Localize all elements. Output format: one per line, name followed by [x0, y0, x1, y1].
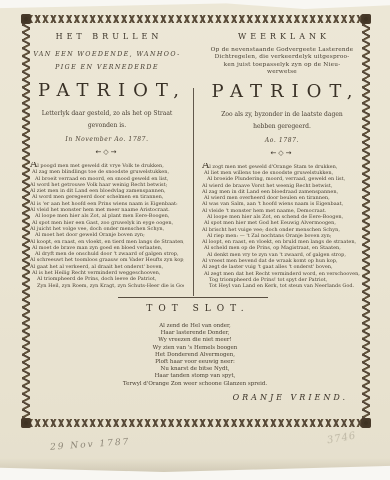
pamphlet-scan: HET BRULLEN VAN EEN WOEDENDE, WANHOO-PIG… — [0, 2, 390, 472]
poem-line: Het Donderend Alvermogen, — [0, 352, 390, 359]
subtitle-line: Dichtregelen, die verkeerdelyk uitgespro… — [202, 54, 362, 61]
poem-line: Terwyl d'Orange Zon weer schoone Glanzen… — [0, 381, 390, 388]
arrow-diamond-ornament-icon: ←◇→ — [202, 149, 362, 157]
left-column-subtitle: VAN EEN WOEDENDE, WANHOO-PIGE EN VERNEDE… — [30, 48, 184, 74]
left-column-date: In November Ao. 1787. — [30, 136, 184, 143]
left-patriot-word: PATRIOT, — [30, 80, 184, 101]
border-top — [29, 15, 363, 23]
subtitle-line: VAN EEN WOEDENDE, WANHOO- — [30, 48, 184, 61]
poem-line: Al zogt men met geweld d'Orange Stam te … — [202, 163, 362, 170]
column-divider-rule — [193, 88, 194, 296]
border-corner-icon — [21, 14, 31, 24]
poem-line: Zyn Heil, zyn Roem, zyn Kragt, zyn Schut… — [30, 283, 184, 289]
arrow-diamond-ornament-icon: ←◇→ — [30, 148, 184, 156]
subtitle-line: ken juist toepasselyk zyn op de Nieu- — [202, 62, 362, 69]
right-poem: Al zogt men met geweld d'Orange Stam te … — [202, 163, 362, 290]
poem-line: Al loope men hier als Zot, al plant men … — [30, 213, 184, 219]
poem-line: Al brischt het vuige vee; doch onder men… — [202, 227, 362, 233]
right-column-subtitle: Op de nevenstaande Godvergeete Lasterend… — [202, 47, 362, 77]
poem-line: Ploft haar voor eeuwig neer: — [0, 359, 390, 366]
poem-line: Al was van Salm, aan 't hoofd wiens naam… — [202, 201, 362, 207]
closing-section-rule — [118, 297, 268, 298]
poem-line: Al koopt, en raast, en vloekt, en tierd … — [30, 239, 184, 245]
poem-line: Al schreeuwt het toomloos graauw om Vade… — [30, 257, 184, 263]
poem-line: Al zag men blindlings toe de snoodste gr… — [30, 169, 184, 175]
poem-line: Al poogd men met geweld dit vrye Volk te… — [30, 162, 184, 169]
paper-bottom-shade — [0, 458, 390, 472]
right-patriot-word: PATRIOT, — [202, 81, 362, 102]
tagline-line: Zoo als zy, byzonder in de laatste dagen — [202, 109, 362, 121]
closing-poem: Al zend de Hel van onder,Haar lasterende… — [0, 323, 390, 388]
left-column-tagline: Letterlyk daar gesteld, zo als het op St… — [30, 108, 184, 132]
left-column: HET BRULLEN VAN EEN WOEDENDE, WANHOO-PIG… — [30, 32, 184, 289]
pencil-number-annotation: 3746 — [326, 431, 357, 447]
right-column: WEERKLANK Op de nevenstaande Godvergeete… — [202, 32, 362, 290]
subtitle-line: werwetse — [202, 69, 362, 76]
tagline-line: hebben geregeerd. — [202, 121, 362, 133]
right-column-title: WEERKLANK — [202, 32, 362, 41]
left-column-title: HET BRULLEN — [30, 32, 184, 41]
poem-line: Wy vreezen die niet meer! — [0, 337, 390, 344]
tagline-line: Letterlyk daar gesteld, zo als het op St… — [30, 108, 184, 120]
poem-line: Al broeide Plundering, moord, verraad, g… — [202, 176, 362, 182]
poem-line: Wy zien van 's Hemels boogen — [0, 345, 390, 352]
poem-line: Al scheld men op de Prins, op Magistraat… — [202, 245, 362, 251]
poem-line: Al zend de Hel van onder, — [0, 323, 390, 330]
subtitle-line: PIGE EN VERNEDERDE — [30, 61, 184, 74]
signature: ORANJE VRIEND. — [233, 393, 348, 402]
border-corner-icon — [361, 418, 371, 428]
poem-line: Al word men geregeerd door schelmen en t… — [30, 194, 184, 200]
poem-line: Haar tanden stomp van spyt, — [0, 373, 390, 380]
right-column-tagline: Zoo als zy, byzonder in de laatste dagen… — [202, 109, 362, 133]
border-corner-icon — [361, 14, 371, 24]
left-poem: Al poogd men met geweld dit vrye Volk te… — [30, 162, 184, 289]
subtitle-line: Op de nevenstaande Godvergeete Lasterend… — [202, 47, 362, 54]
pencil-date-annotation: 29 Nov 1787 — [50, 437, 131, 453]
right-column-date: Ao. 1787. — [202, 137, 362, 144]
poem-line: Tot Heyl van Land en Kerk, tot steun van… — [202, 283, 362, 289]
poem-line: Haar lasterende Donder, — [0, 330, 390, 337]
poem-line: Nu knarst de bitse Nydt, — [0, 366, 390, 373]
border-corner-icon — [21, 418, 31, 428]
closing-title: TOT SLOT. — [0, 304, 390, 314]
tagline-line: gevonden is. — [30, 120, 184, 132]
border-bottom — [29, 419, 363, 427]
poem-line: Al broeit verraad en moord, en snood gew… — [30, 176, 184, 182]
